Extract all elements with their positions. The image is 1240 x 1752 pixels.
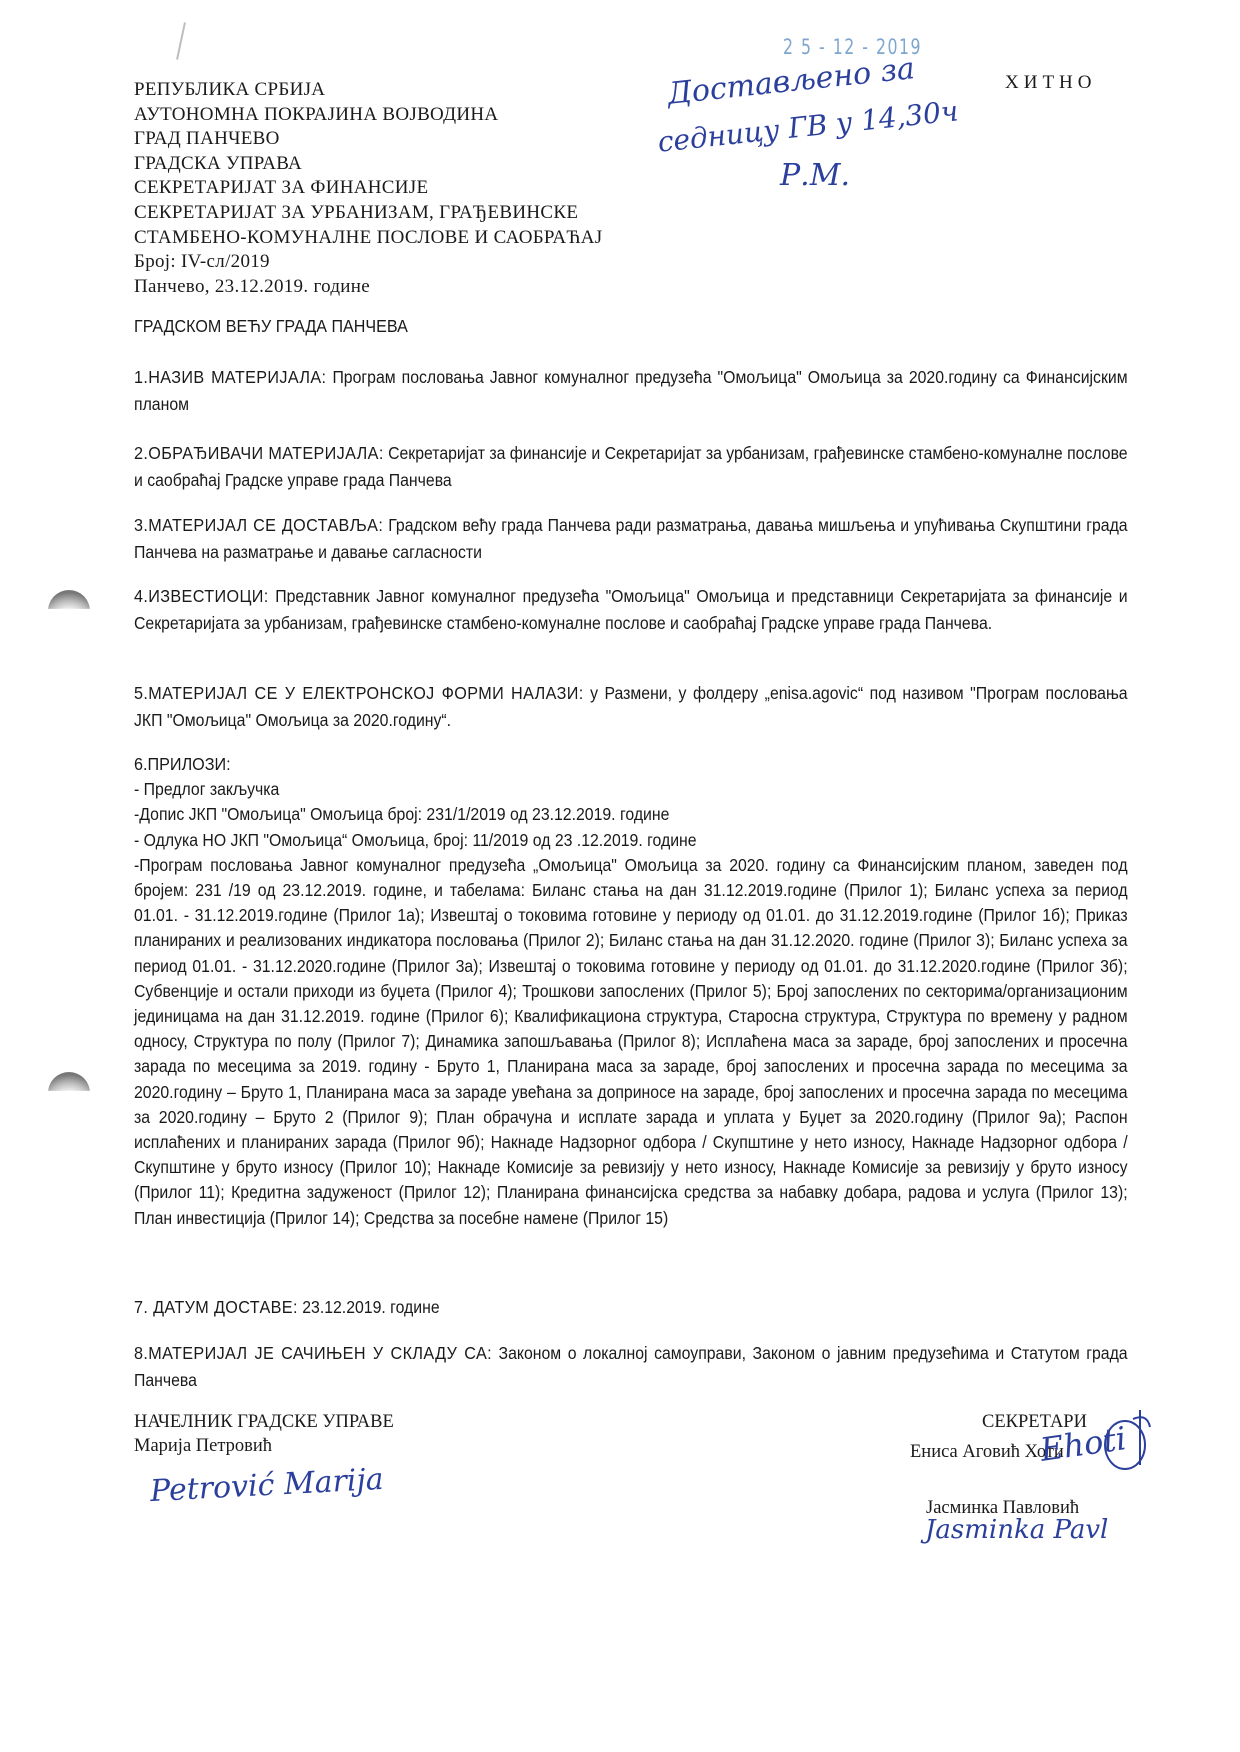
letterhead-line: ГРАДСКА УПРАВА	[134, 152, 602, 177]
letterhead-line: СТАМБЕНО-КОМУНАЛНЕ ПОСЛОВЕ И САОБРАЋАЈ	[134, 226, 602, 251]
signature-block-left: НАЧЕЛНИК ГРАДСКЕ УПРАВЕ Марија Петровић	[134, 1410, 394, 1458]
document-date: Панчево, 23.12.2019. године	[134, 275, 602, 300]
section-preparers: 2.ОБРАЂИВАЧИ МАТЕРИЈАЛА: Секретаријат за…	[134, 440, 1128, 493]
section-label: 3.МАТЕРИЈАЛ СЕ ДОСТАВЉА:	[134, 515, 383, 535]
letterhead-line: РЕПУБЛИКА СРБИЈА	[134, 78, 602, 103]
signature-loop-icon	[1095, 1405, 1165, 1475]
addressee: ГРАДСКОМ ВЕЋУ ГРАДА ПАНЧЕВА	[134, 316, 408, 337]
section-delivered-to: 3.МАТЕРИЈАЛ СЕ ДОСТАВЉА: Градском већу г…	[134, 512, 1128, 565]
section-label: 2.ОБРАЂИВАЧИ МАТЕРИЈАЛА:	[134, 443, 384, 463]
section-label: 7. ДАТУМ ДОСТАВЕ:	[134, 1297, 298, 1317]
section-compliance: 8.МАТЕРИЈАЛ ЈЕ САЧИЊЕН У СКЛАДУ СА: Зако…	[134, 1340, 1128, 1393]
document-page: РЕПУБЛИКА СРБИЈА АУТОНОМНА ПОКРАЈИНА ВОЈ…	[0, 0, 1240, 1752]
handwritten-signature-right-2: Jasminka Pavl	[925, 1515, 1108, 1545]
urgent-label: ХИТНО	[1005, 72, 1097, 94]
attachment-item: -Програм пословања Јавног комуналног пре…	[134, 853, 1128, 1231]
section-text: 23.12.2019. године	[298, 1297, 440, 1317]
letterhead-line: АУТОНОМНА ПОКРАЈИНА ВОЈВОДИНА	[134, 103, 602, 128]
section-rapporteurs: 4.ИЗВЕСТИОЦИ: Представник Јавног комунал…	[134, 583, 1128, 636]
section-attachments: 6.ПРИЛОЗИ: - Предлог закључка -Допис ЈКП…	[134, 752, 1128, 1231]
handwritten-note: Достављено за седницу ГВ у 14,30ч Р.М.	[655, 60, 995, 200]
scan-mark	[176, 22, 186, 60]
document-number: Број: IV-сл/2019	[134, 250, 602, 275]
letterhead-line: СЕКРЕТАРИЈАТ ЗА УРБАНИЗАМ, ГРАЂЕВИНСКЕ	[134, 201, 602, 226]
letterhead-line: СЕКРЕТАРИЈАТ ЗА ФИНАНСИЈЕ	[134, 176, 602, 201]
section-label: 8.МАТЕРИЈАЛ ЈЕ САЧИЊЕН У СКЛАДУ СА:	[134, 1343, 492, 1363]
section-label: 1.НАЗИВ МАТЕРИЈАЛА:	[134, 367, 326, 387]
handwritten-initials: Р.М.	[780, 158, 850, 193]
section-material-name: 1.НАЗИВ МАТЕРИЈАЛА: Програм пословања Ја…	[134, 364, 1128, 417]
section-label: 4.ИЗВЕСТИОЦИ:	[134, 586, 269, 606]
section-delivery-date: 7. ДАТУМ ДОСТАВЕ: 23.12.2019. године	[134, 1294, 1128, 1321]
section-electronic-location: 5.МАТЕРИЈАЛ СЕ У ЕЛЕКТРОНСКОЈ ФОРМИ НАЛА…	[134, 680, 1128, 733]
punch-hole-top	[48, 590, 90, 632]
section-label: 5.МАТЕРИЈАЛ СЕ У ЕЛЕКТРОНСКОЈ ФОРМИ НАЛА…	[134, 683, 584, 703]
section-text: Представник Јавног комуналног предузећа …	[134, 586, 1128, 633]
letterhead: РЕПУБЛИКА СРБИЈА АУТОНОМНА ПОКРАЈИНА ВОЈ…	[134, 78, 602, 299]
signatory-name: Марија Петровић	[134, 1434, 394, 1458]
handwritten-signature-left: Petrović Marija	[149, 1462, 384, 1509]
punch-hole-bottom	[48, 1072, 90, 1114]
letterhead-line: ГРАД ПАНЧЕВО	[134, 127, 602, 152]
section-label: 6.ПРИЛОЗИ:	[134, 752, 1128, 777]
signatory-title: НАЧЕЛНИК ГРАДСКЕ УПРАВЕ	[134, 1410, 394, 1434]
attachment-item: -Допис ЈКП "Омољица" Омољица број: 231/1…	[134, 802, 1128, 827]
attachment-item: - Одлука НО ЈКП "Омољица“ Омољица, број:…	[134, 828, 1128, 853]
attachment-item: - Предлог закључка	[134, 777, 1128, 802]
